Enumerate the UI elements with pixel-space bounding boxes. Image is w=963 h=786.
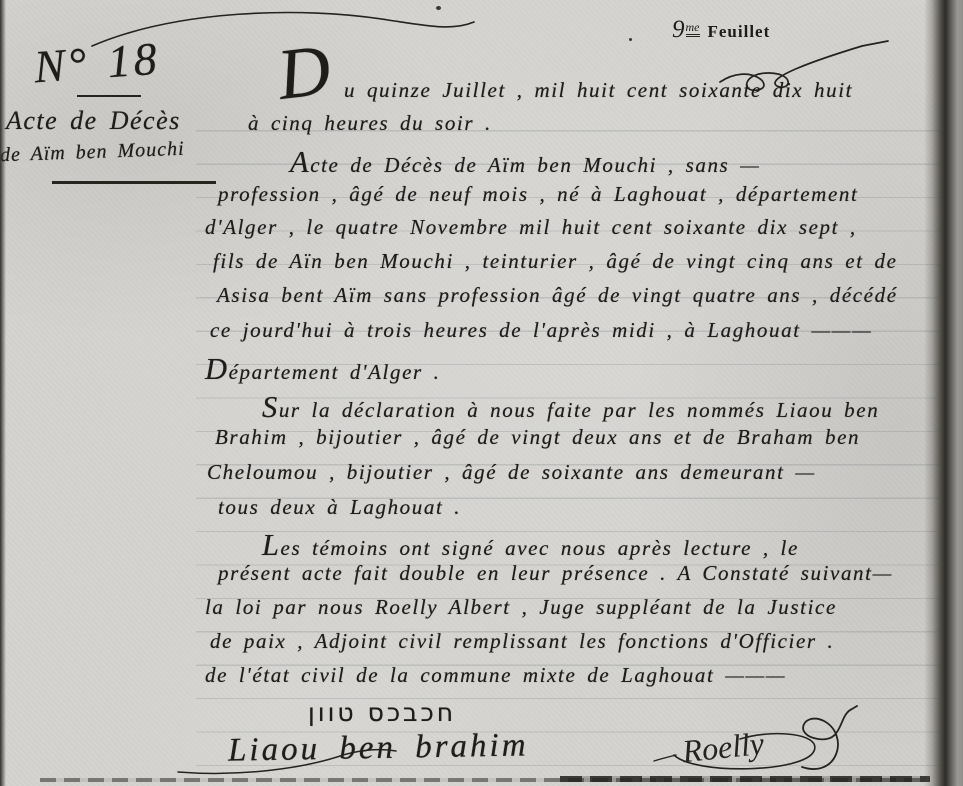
record-line: la loi par nous Roelly Albert , Juge sup… — [205, 597, 837, 618]
record-line: profession , âgé de neuf mois , né à Lag… — [218, 184, 858, 205]
record-line: tous deux à Laghouat . — [218, 497, 461, 518]
hebrew-signature: חכבכס טוון — [308, 698, 456, 727]
record-line: à cinq heures du soir . — [248, 113, 492, 134]
official-signature-tail-stroke — [802, 706, 857, 769]
record-line: Les témoins ont signé avec nous après le… — [262, 530, 799, 560]
folio-number: 9 — [672, 16, 686, 43]
record-line: u quinze Juillet , mil huit cent soixant… — [344, 80, 853, 101]
margin-act-title: Acte de Décès — [6, 106, 181, 136]
ink-speck — [629, 38, 632, 41]
margin-act-number: N° 18 — [32, 32, 161, 94]
page-left-edge — [0, 0, 6, 786]
bottom-left-swash-stroke — [178, 750, 396, 774]
official-signature-flourish: Roelly — [652, 703, 862, 785]
record-line: de paix , Adjoint civil remplissant les … — [210, 631, 834, 652]
book-binding-edge — [924, 0, 963, 786]
record-line: Cheloumou , bijoutier , âgé de soixante … — [207, 462, 816, 483]
bottom-left-swash — [172, 744, 402, 778]
drop-cap-initial: D — [274, 33, 334, 111]
register-page: N° 18 Acte de Décès de Aïm ben Mouchi 9m… — [0, 0, 963, 786]
record-line: Sur la déclaration à nous faite par les … — [262, 392, 879, 422]
margin-divider-rule — [52, 181, 216, 184]
scan-edge-dark-line — [560, 776, 930, 782]
record-line: ce jourd'hui à trois heures de l'après m… — [210, 320, 872, 341]
record-line: fils de Aïn ben Mouchi , teinturier , âg… — [213, 251, 898, 272]
folio-ordinal: me — [686, 20, 700, 37]
margin-act-number-underline — [77, 95, 141, 97]
record-line: Acte de Décès de Aïm ben Mouchi , sans — — [290, 147, 760, 177]
official-signature-name: Roelly — [680, 725, 767, 770]
ink-speck — [436, 6, 441, 10]
record-line: de l'état civil de la commune mixte de L… — [205, 665, 786, 686]
official-signature-lead-stroke — [654, 755, 676, 761]
record-line: présent acte fait double en leur présenc… — [218, 563, 893, 584]
record-line: d'Alger , le quatre Novembre mil huit ce… — [205, 217, 857, 238]
record-line: Brahim , bijoutier , âgé de vingt deux a… — [215, 427, 860, 448]
margin-act-subject: de Aïm ben Mouchi — [0, 138, 185, 167]
record-line: Asisa bent Aïm sans profession âgé de vi… — [217, 285, 898, 306]
record-line: Département d'Alger . — [205, 354, 440, 384]
